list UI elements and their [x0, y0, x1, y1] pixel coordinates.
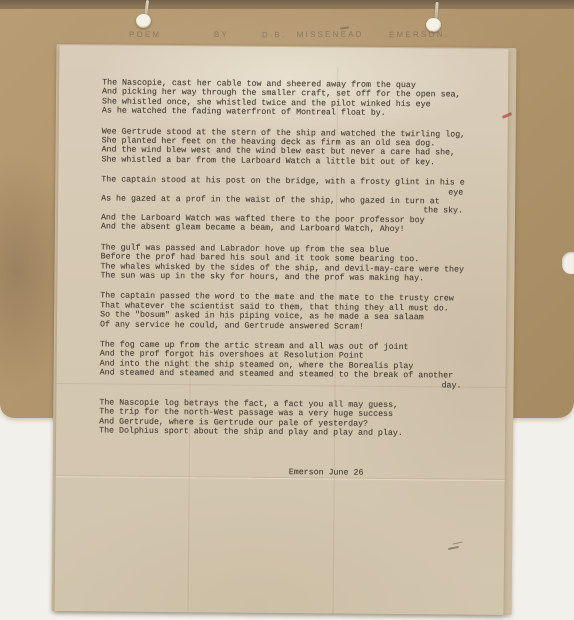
caption-word: Poem: [129, 30, 161, 39]
poem-line: And the absent gleam became a beam, and …: [101, 223, 491, 236]
poem-page: The Nascopie, cast her cable tow and she…: [55, 45, 509, 615]
poem-stanza: The gulf was passed and Labrador hove up…: [100, 243, 490, 284]
poem-stanza: Wee Gertrude stood at the stern of the s…: [101, 127, 491, 168]
poem-line: The Dolphius sport about the ship and pl…: [99, 427, 489, 440]
poem-line: As he watched the fading waterfront of M…: [102, 107, 492, 120]
poem-stanza: The fog came up from the artic stream an…: [99, 340, 489, 390]
punch-hole-left-icon: [136, 14, 151, 28]
poem-line: Of any service he could, and Gertrude an…: [100, 320, 490, 333]
poem-stanza: The Nascopie log betrays the fact, a fac…: [99, 398, 489, 439]
poem-text: The Nascopie, cast her cable tow and she…: [99, 78, 492, 478]
poem-stanza: The captain passed the word to the mate …: [100, 292, 490, 333]
document-scan: Poem by D.B. Missenead Emerson. The Nasc…: [0, 0, 574, 620]
caption-word: D.B. Missenead: [262, 30, 364, 40]
poem-stanza: The Nascopie, cast her cable tow and she…: [102, 78, 492, 119]
caption-word: by: [214, 30, 229, 39]
caption-word: Emerson.: [389, 30, 449, 39]
poem-stanza: The captain stood at his post on the bri…: [101, 176, 491, 236]
board-edge-notch: [562, 252, 574, 274]
poem-signature: Emerson June 26: [289, 468, 489, 479]
pencil-caption: Poem by D.B. Missenead Emerson.: [0, 30, 574, 44]
